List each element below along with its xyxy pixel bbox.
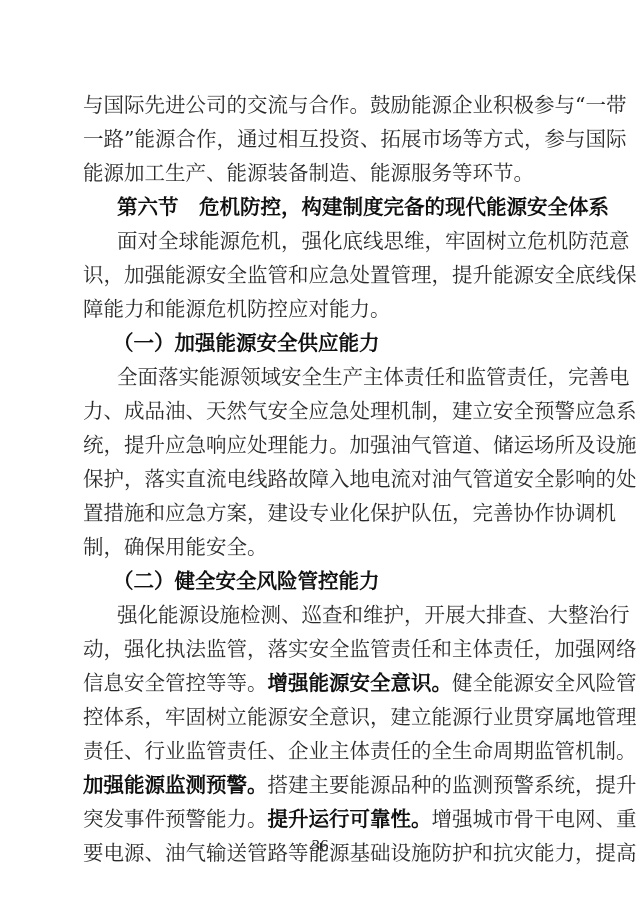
body-text: 信息安全管控等等。 <box>83 671 268 695</box>
body-text-line: 一路”能源合作，通过相互投资、拓展市场等方式，参与国际 <box>83 122 557 156</box>
body-text: 搭建主要能源品种的监测预警系统，提升 <box>268 773 637 797</box>
body-text-line-mixed: 突发事件预警能力。提升运行可靠性。增强城市骨干电网、重 <box>83 802 557 836</box>
document-page: 与国际先进公司的交流与合作。鼓励能源企业积极参与“一带 一路”能源合作，通过相互… <box>83 88 557 870</box>
body-text-line: 强化能源设施检测、巡查和维护，开展大排查、大整治行 <box>83 598 557 632</box>
body-text-line: 统，提升应急响应处理能力。加强油气管道、储运场所及设施 <box>83 428 557 462</box>
bold-keyphrase: 提升运行可靠性。 <box>268 807 432 831</box>
bold-keyphrase: 加强能源监测预警。 <box>83 773 268 797</box>
body-text: 健全能源安全风险管 <box>452 671 637 695</box>
body-text-line-mixed: 加强能源监测预警。搭建主要能源品种的监测预警系统，提升 <box>83 768 557 802</box>
page-number: 36 <box>0 836 640 856</box>
body-text-line: 与国际先进公司的交流与合作。鼓励能源企业积极参与“一带 <box>83 88 557 122</box>
body-text-line-mixed: 信息安全管控等等。增强能源安全意识。健全能源安全风险管 <box>83 666 557 700</box>
bold-keyphrase: 增强能源安全意识。 <box>268 671 453 695</box>
body-text-line: 制，确保用能安全。 <box>83 530 557 564</box>
body-text-line: 保护，落实直流电线路故障入地电流对油气管道安全影响的处 <box>83 462 557 496</box>
body-text: 增强城市骨干电网、重 <box>432 807 637 831</box>
body-text-line: 障能力和能源危机防控应对能力。 <box>83 292 557 326</box>
body-text-line: 能源加工生产、能源装备制造、能源服务等环节。 <box>83 156 557 190</box>
body-text-line: 力、成品油、天然气安全应急处理机制，建立安全预警应急系 <box>83 394 557 428</box>
body-text-line: 识，加强能源安全监管和应急处置管理，提升能源安全底线保 <box>83 258 557 292</box>
subsection-heading-2: （二）健全安全风险管控能力 <box>83 564 557 598</box>
body-text-line: 全面落实能源领域安全生产主体责任和监管责任，完善电 <box>83 360 557 394</box>
body-text: 突发事件预警能力。 <box>83 807 268 831</box>
body-text-line: 控体系，牢固树立能源安全意识，建立能源行业贯穿属地管理 <box>83 700 557 734</box>
subsection-heading-1: （一）加强能源安全供应能力 <box>83 326 557 360</box>
section-heading: 第六节 危机防控，构建制度完备的现代能源安全体系 <box>83 190 557 224</box>
body-text-line: 置措施和应急方案，建设专业化保护队伍，完善协作协调机 <box>83 496 557 530</box>
body-text-line: 责任、行业监管责任、企业主体责任的全生命周期监管机制。 <box>83 734 557 768</box>
body-text-line: 面对全球能源危机，强化底线思维，牢固树立危机防范意 <box>83 224 557 258</box>
body-text-line: 动，强化执法监管，落实安全监管责任和主体责任，加强网络 <box>83 632 557 666</box>
